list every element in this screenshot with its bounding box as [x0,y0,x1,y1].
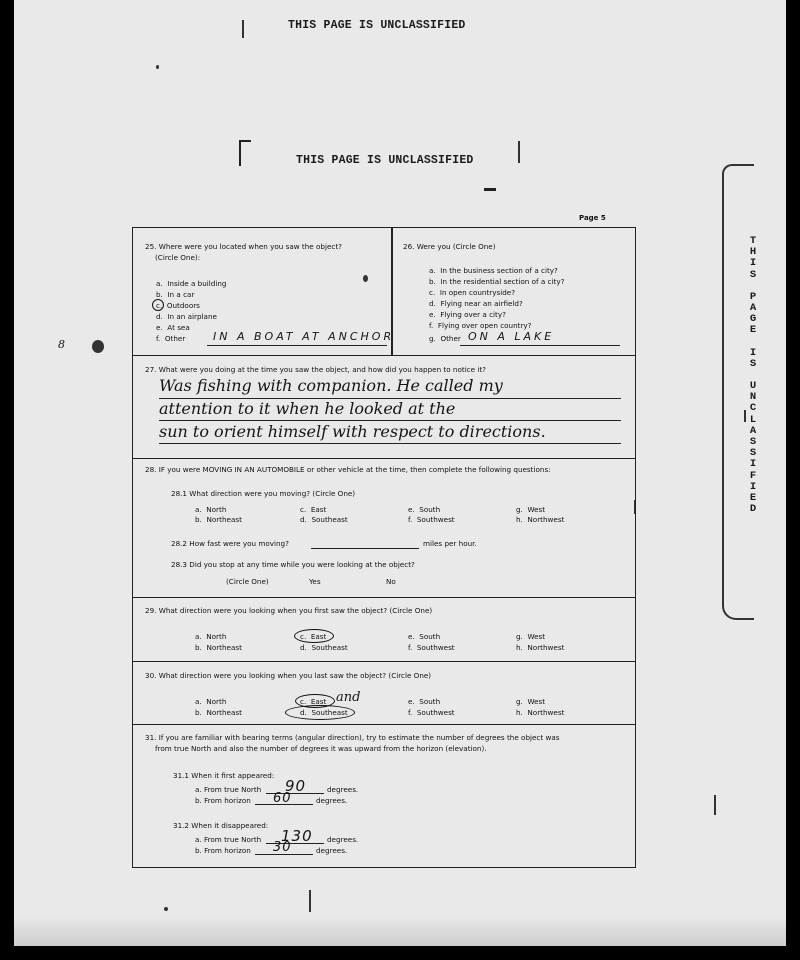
q28-3-instruction: (Circle One) [226,577,269,586]
q29-option-a[interactable]: a. North [195,632,226,641]
q25-other-answer[interactable]: IN A BOAT AT ANCHOR [213,330,394,343]
q27-answer-line-2[interactable]: attention to it when he looked at the [159,399,455,418]
q26-question: 26. Were you (Circle One) [403,242,496,251]
q25-option-f[interactable]: f. Other [156,334,185,343]
classification-stamp-top: THIS PAGE IS UNCLASSIFIED [288,19,466,32]
q28-1-question: 28.1 What direction were you moving? (Ci… [171,489,355,498]
q26-option-f[interactable]: f. Flying over open country? [429,321,532,330]
section-q30: 30. What direction were you looking when… [133,662,635,725]
q28-3-option-no[interactable]: No [386,577,396,586]
q30-question: 30. What direction were you looking when… [145,671,431,680]
q28-3-option-yes[interactable]: Yes [309,577,321,586]
vertical-stamp-word-1: THIS [746,236,760,281]
sighting-form: 25. Where were you located when you saw … [132,227,636,868]
q25-instruction: (Circle One): [155,253,200,262]
q25-option-b[interactable]: b. In a car [156,290,194,299]
page-number: Page 5 [579,214,606,222]
q28-2-unit: miles per hour. [423,539,477,548]
q28-1-option-a[interactable]: a. North [195,505,226,514]
q30-option-g[interactable]: g. West [516,697,545,706]
classification-stamp-vertical: THIS PAGE IS UNCLASSIFIED [746,236,760,515]
q26-option-g[interactable]: g. Other [429,334,461,343]
q31-2-b-unit: degrees. [316,846,347,855]
q29-option-e[interactable]: e. South [408,632,440,641]
margin-mark: 8 [58,338,65,351]
q31-question-line-2: from true North and also the number of d… [155,744,487,753]
q28-1-option-h[interactable]: h. Northwest [516,515,564,524]
q26-option-e[interactable]: e. Flying over a city? [429,310,506,319]
answer-circle [294,629,334,643]
q31-2-a-unit: degrees. [327,835,358,844]
q28-2-question: 28.2 How fast were you moving? [171,539,289,548]
q30-option-h[interactable]: h. Northwest [516,708,564,717]
q30-option-a[interactable]: a. North [195,697,226,706]
q25-option-e[interactable]: e. At sea [156,323,190,332]
q26-option-a[interactable]: a. In the business section of a city? [429,266,558,275]
q28-2-speed-field[interactable] [311,548,419,549]
q26-other-answer[interactable]: ON A LAKE [468,330,554,343]
q27-answer-line-3[interactable]: sun to orient himself with respect to di… [159,422,546,441]
q28-3-question: 28.3 Did you stop at any time while you … [171,560,415,569]
classification-stamp-middle: THIS PAGE IS UNCLASSIFIED [296,154,474,167]
q26-option-b[interactable]: b. In the residential section of a city? [429,277,564,286]
q26-option-d[interactable]: d. Flying near an airfield? [429,299,523,308]
q28-1-option-b[interactable]: b. Northeast [195,515,242,524]
section-q29: 29. What direction were you looking when… [133,598,635,662]
stray-mark [484,188,496,191]
scanned-page: THIS PAGE IS UNCLASSIFIED THIS PAGE IS U… [14,0,786,946]
q28-1-option-c[interactable]: c. East [300,505,326,514]
q29-question: 29. What direction were you looking when… [145,606,432,615]
q30-option-f[interactable]: f. Southwest [408,708,455,717]
answer-circle [285,705,355,720]
q25-option-a[interactable]: a. Inside a building [156,279,226,288]
section-q31: 31. If you are familiar with bearing ter… [133,725,635,869]
q28-1-option-e[interactable]: e. South [408,505,440,514]
bracket-mark-right [518,141,520,163]
q31-1-label: 31.1 When it first appeared: [173,771,274,780]
q31-2-b-label: b. From horizon [195,846,251,855]
bracket-mark-left [239,140,251,166]
section-q25-q26: 25. Where were you located when you saw … [133,228,635,356]
q31-2-label: 31.2 When it disappeared: [173,821,268,830]
q29-option-b[interactable]: b. Northeast [195,643,242,652]
q27-answer-line-1[interactable]: Was fishing with companion. He called my [159,376,503,395]
answer-circle [152,299,164,311]
section-q27: 27. What were you doing at the time you … [133,356,635,459]
q25-question: 25. Where were you located when you saw … [145,242,342,251]
section-q28: 28. IF you were MOVING IN AN AUTOMOBILE … [133,459,635,598]
vertical-stamp-word-3: IS [746,348,760,370]
q31-1-b-value[interactable]: 60 [273,791,292,806]
q31-1-a-label: a. From true North [195,785,261,794]
vertical-stamp-word-4: UNCLASSIFIED [746,381,760,515]
vertical-stamp-word-2: PAGE [746,292,760,337]
q31-2-b-value[interactable]: 30 [273,840,292,855]
q30-handwritten-note: and [336,690,360,705]
q28-question: 28. IF you were MOVING IN AN AUTOMOBILE … [145,465,551,474]
q29-option-d[interactable]: d. Southeast [300,643,348,652]
q29-option-h[interactable]: h. Northwest [516,643,564,652]
q30-option-e[interactable]: e. South [408,697,440,706]
ink-blot [92,340,104,353]
q31-1-b-label: b. From horizon [195,796,251,805]
q27-question: 27. What were you doing at the time you … [145,365,486,374]
q29-option-f[interactable]: f. Southwest [408,643,455,652]
q31-1-a-unit: degrees. [327,785,358,794]
q25-option-d[interactable]: d. In an airplane [156,312,217,321]
q28-1-option-f[interactable]: f. Southwest [408,515,455,524]
q28-1-option-d[interactable]: d. Southeast [300,515,348,524]
q28-1-option-g[interactable]: g. West [516,505,545,514]
q26-option-c[interactable]: c. In open countryside? [429,288,515,297]
q31-2-a-label: a. From true North [195,835,261,844]
q29-option-g[interactable]: g. West [516,632,545,641]
q30-option-b[interactable]: b. Northeast [195,708,242,717]
q31-question-line-1: 31. If you are familiar with bearing ter… [145,733,560,742]
q31-1-b-unit: degrees. [316,796,347,805]
